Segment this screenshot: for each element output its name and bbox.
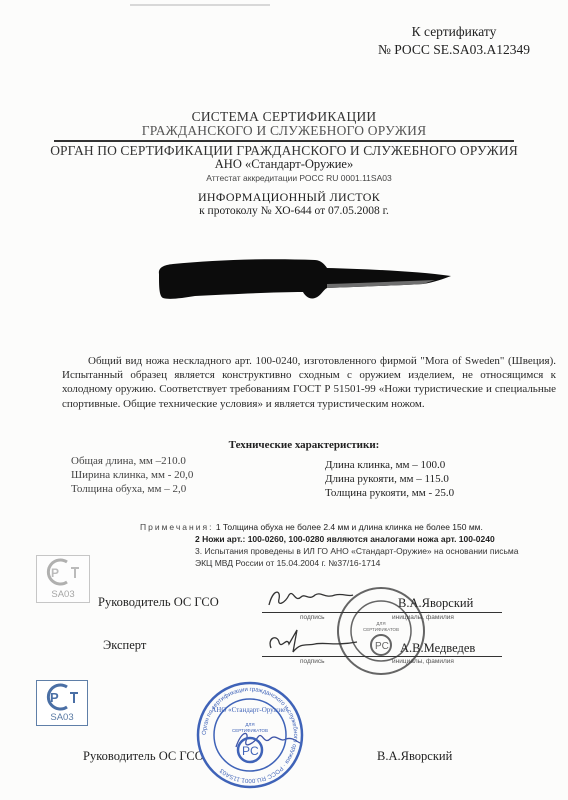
spec-handle-length: Длина рукояти, мм – 115.0 [325,472,454,486]
note-3-continued: ЭКЦ МВД России от 15.04.2004 г. №37/16-1… [140,557,519,569]
spec-handle-thickness: Толщина рукояти, мм - 25.0 [325,486,454,500]
specs-left-column: Общая длина, мм –210.0 Ширина клинка, мм… [71,454,193,496]
svg-text:СЕРТИФИКАТОВ: СЕРТИФИКАТОВ [363,627,399,632]
system-title-line1: СИСТЕМА СЕРТИФИКАЦИИ [0,110,568,124]
spec-blade-length: Длина клинка, мм – 100.0 [325,458,454,472]
seal-stamp-blue: Орган по сертификации гражданского и слу… [195,680,305,790]
knife-photo [155,238,455,315]
svg-text:СЕРТИФИКАТОВ: СЕРТИФИКАТОВ [232,728,268,733]
note-2: 2 Ножи арт.: 100-0260, 100-0280 являются… [140,533,519,545]
svg-text:Орган по сертификации гражданс: Орган по сертификации гражданского и слу… [202,687,298,783]
signatory-role-head: Руководитель ОС ГСО [98,595,219,610]
cert-ref-label: К сертификату [378,23,530,41]
spec-overall-length: Общая длина, мм –210.0 [71,454,193,468]
info-sheet-title: ИНФОРМАЦИОННЫЙ ЛИСТОК [10,190,568,204]
specs-title: Технические характеристики: [0,439,568,451]
pc-mark-icon: P [37,556,89,588]
note-1: 1 Толщина обуха не более 2.4 мм и длина … [216,522,483,532]
description-paragraph: Общий вид ножа нескладного арт. 100-0240… [62,354,556,411]
header-divider [54,140,514,142]
specs-right-column: Длина клинка, мм – 100.0 Длина рукояти, … [325,458,454,500]
signatory-role-head-final: Руководитель ОС ГСО [83,749,204,764]
system-title-line2: ГРАЖДАНСКОГО И СЛУЖЕБНОГО ОРУЖИЯ [0,124,568,138]
organization-name: АНО «Стандарт-Оружие» [0,158,568,171]
description-text: Общий вид ножа нескладного арт. 100-0240… [62,354,556,411]
logo-code: SA03 [37,712,87,723]
accreditation-number: Аттестат аккредитации РОСС RU 0001.11SA0… [30,171,568,185]
svg-text:ДЛЯ: ДЛЯ [245,722,254,727]
note-3: 3. Испытания проведены в ИЛ ГО АНО «Стан… [140,545,519,557]
svg-text:АНО «Стандарт-Оружие»: АНО «Стандарт-Оружие» [211,706,289,714]
notes-block: Примечания: 1 Толщина обуха не более 2.4… [140,521,519,569]
knife-silhouette-icon [155,238,455,310]
cert-ref-number: № РОСС SE.SA03.A12349 [378,41,530,59]
caption-signature: подпись [300,614,325,621]
pc-mark-icon: P [37,681,87,713]
svg-text:PC: PC [242,744,259,758]
certificate-reference: К сертификату № РОСС SE.SA03.A12349 [378,23,530,59]
signatory-role-expert: Эксперт [103,638,146,653]
logo-code: SA03 [37,589,89,600]
caption-signature: подпись [300,658,325,665]
svg-text:PC: PC [375,641,389,652]
svg-text:ДЛЯ: ДЛЯ [376,621,385,626]
svg-text:P: P [51,566,59,580]
certification-mark-logo: P SA03 [36,680,88,726]
certification-system-header: СИСТЕМА СЕРТИФИКАЦИИ ГРАЖДАНСКОГО И СЛУЖ… [0,110,568,185]
spec-blade-width: Ширина клинка, мм - 20,0 [71,468,193,482]
seal-stamp-faded: ДЛЯ СЕРТИФИКАТОВ PC [335,585,427,677]
scan-edge-artifact [130,4,270,6]
protocol-reference: к протоколу № ХО-644 от 07.05.2008 г. [20,204,568,218]
info-sheet-heading: ИНФОРМАЦИОННЫЙ ЛИСТОК к протоколу № ХО-6… [0,190,568,218]
svg-text:P: P [50,690,59,705]
spec-spine-thickness: Толщина обуха, мм – 2,0 [71,482,193,496]
certification-body: ОРГАН ПО СЕРТИФИКАЦИИ ГРАЖДАНСКОГО И СЛУ… [0,143,568,158]
signatory-name-final: В.А.Яворский [377,749,452,764]
notes-label: Примечания: [140,522,213,532]
certification-mark-logo-faded: P SA03 [36,555,90,603]
